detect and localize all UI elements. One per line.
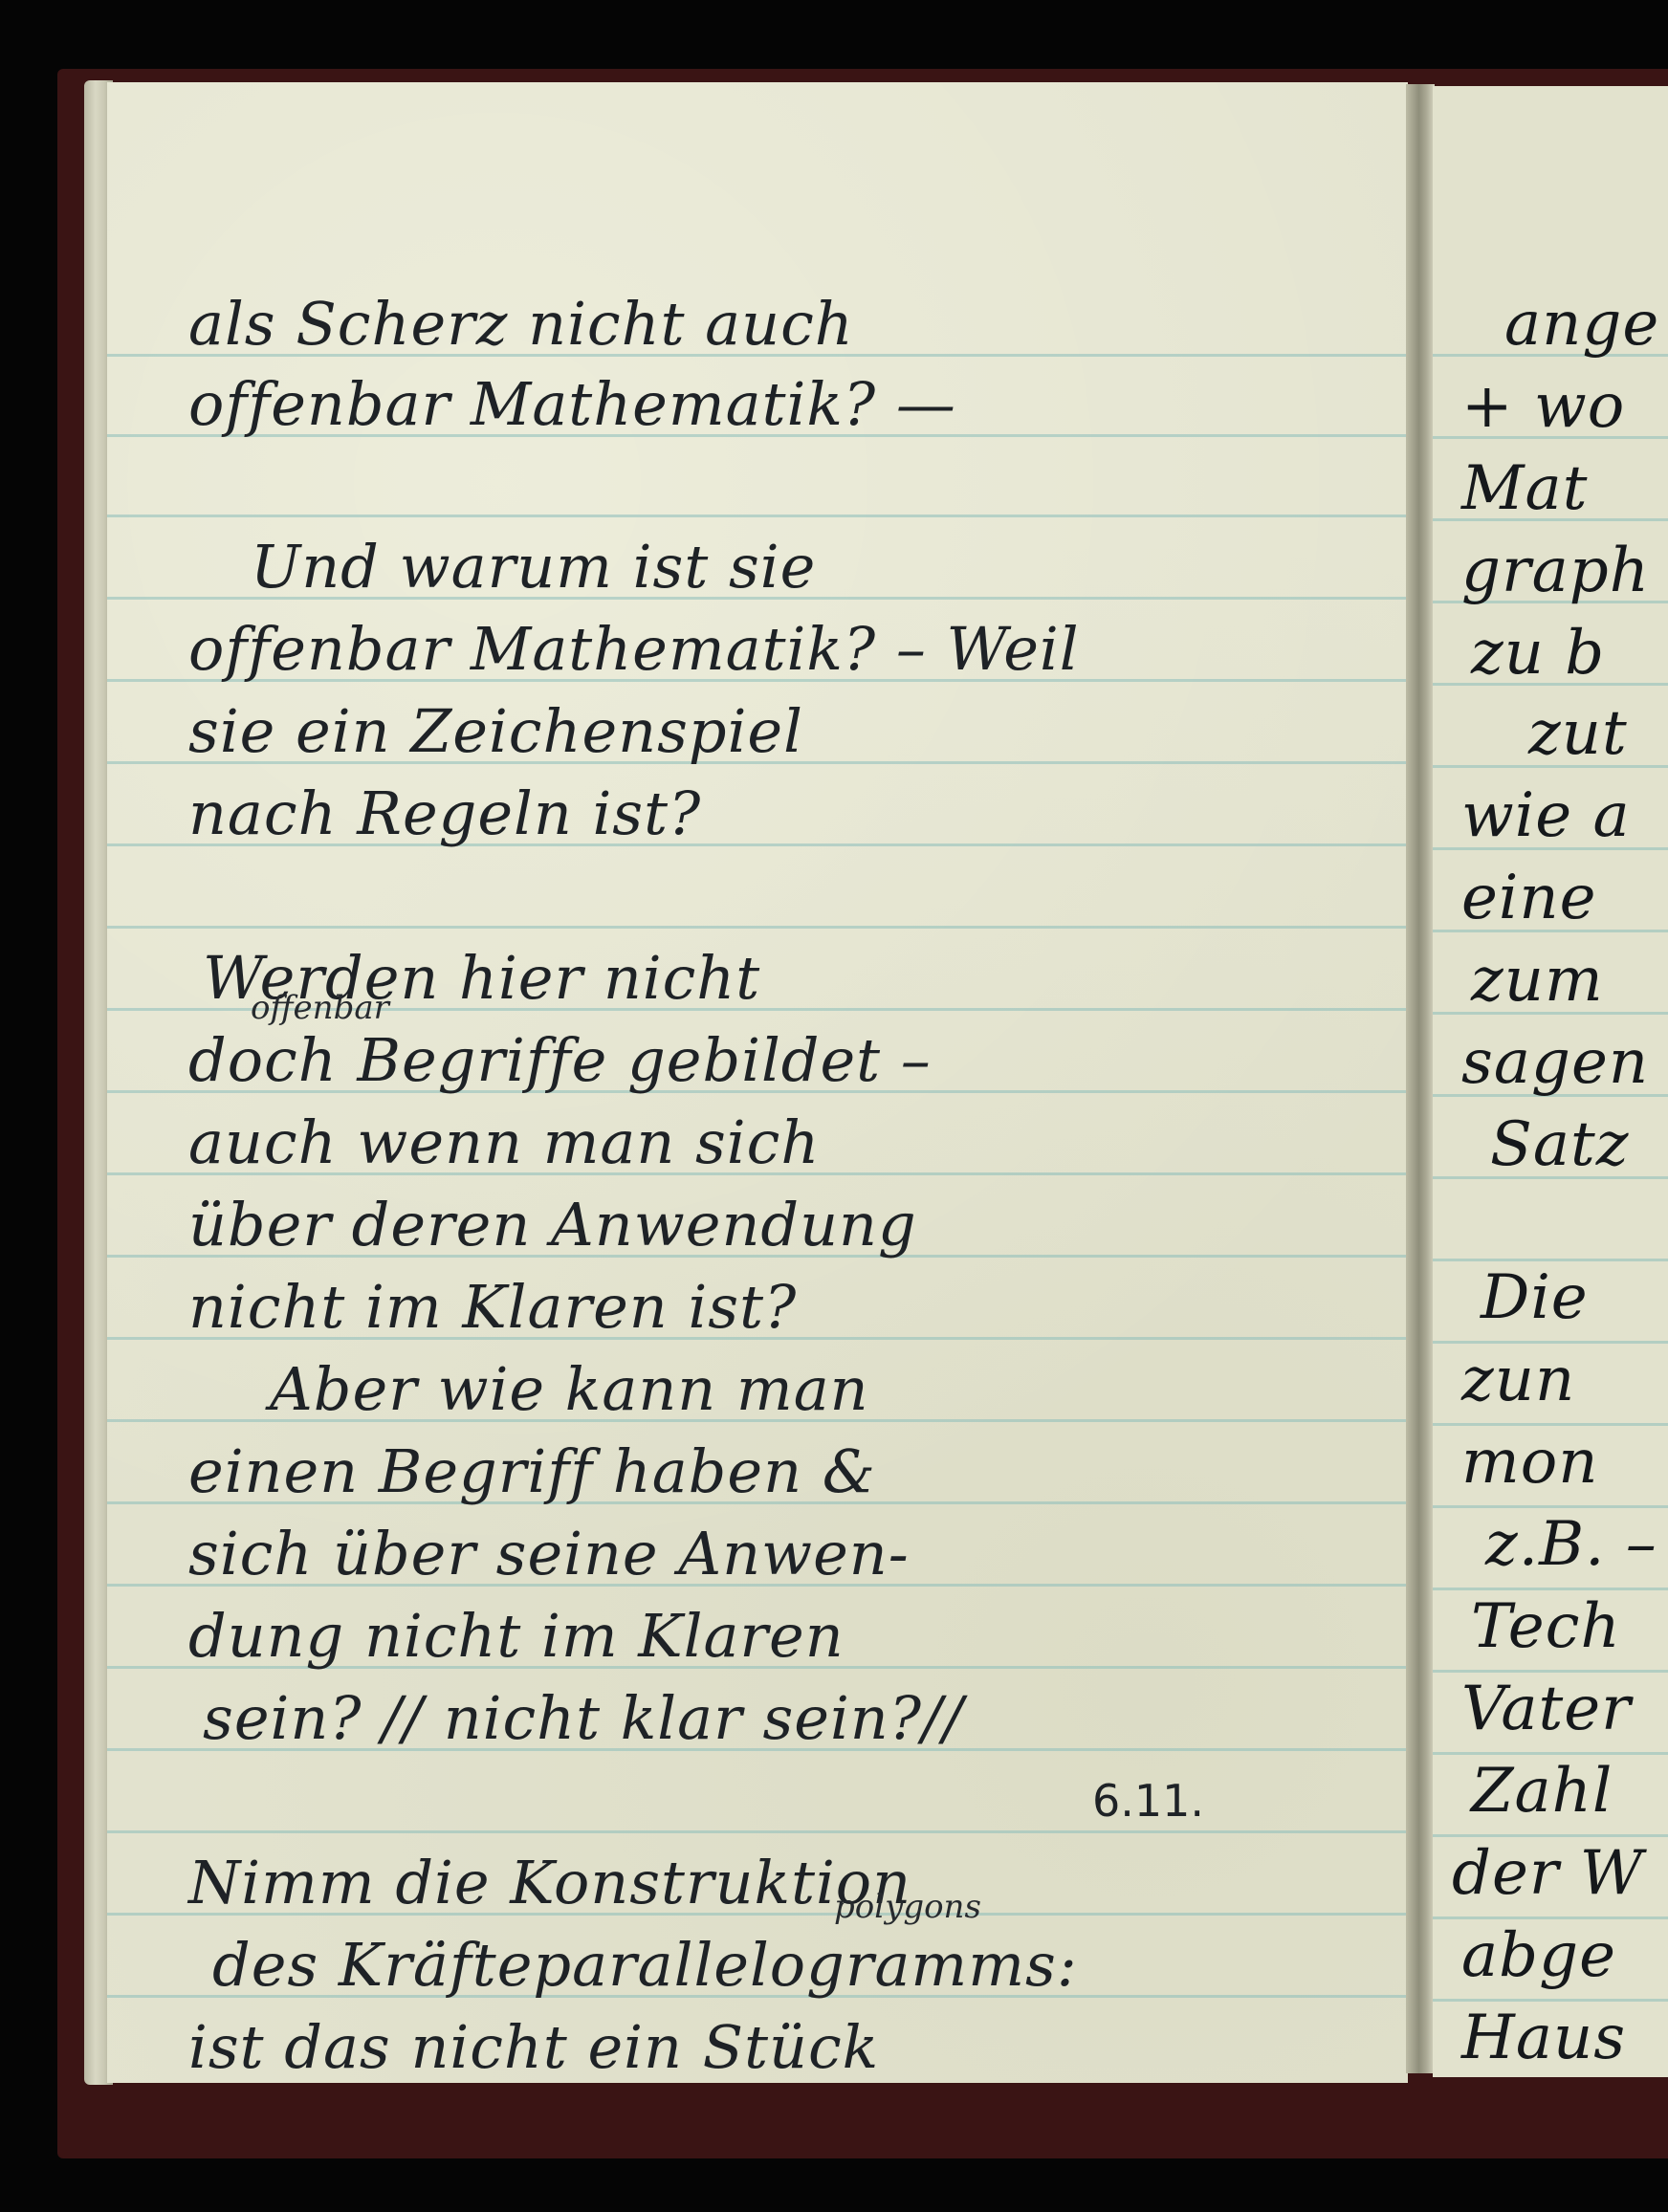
ruled-line xyxy=(107,1830,1408,1833)
insertion-polygons: polygons xyxy=(834,1888,981,1926)
handwritten-line: graph xyxy=(1461,536,1650,606)
handwritten-line: mon xyxy=(1461,1427,1598,1498)
handwritten-line: Aber wie kann man xyxy=(270,1354,869,1424)
ruled-line xyxy=(1433,1999,1668,2002)
handwritten-line: sich über seine Anwen- xyxy=(188,1519,910,1588)
ruled-line xyxy=(107,515,1408,517)
handwritten-line: sein? // nicht klar sein?// xyxy=(203,1683,964,1753)
handwritten-line: Zahl xyxy=(1471,1756,1613,1827)
handwritten-line: wie a xyxy=(1461,780,1631,851)
handwritten-line: zum xyxy=(1471,945,1604,1016)
handwritten-line: des Kräfteparallelogramms: xyxy=(212,1930,1078,2000)
handwritten-line: zun xyxy=(1461,1345,1575,1415)
handwritten-line: sagen xyxy=(1461,1027,1649,1098)
handwritten-line: doch Begriffe gebildet – xyxy=(188,1025,932,1095)
handwritten-line: ist das nicht ein Stück xyxy=(188,2012,879,2082)
ruled-line xyxy=(1433,1834,1668,1837)
ruled-line xyxy=(1433,1423,1668,1426)
ruled-line xyxy=(1433,1259,1668,1261)
ruled-line xyxy=(1433,1341,1668,1344)
spine-gutter xyxy=(1406,84,1435,2073)
handwritten-line: nach Regeln ist? xyxy=(188,778,701,848)
handwritten-line: ange xyxy=(1504,289,1659,360)
ruled-line xyxy=(1433,1752,1668,1755)
handwritten-line: nicht im Klaren ist? xyxy=(188,1272,797,1342)
handwritten-line: zut xyxy=(1528,698,1628,769)
handwritten-line: dung nicht im Klaren xyxy=(188,1601,845,1671)
ruled-line xyxy=(1433,1588,1668,1590)
handwritten-line: offenbar Mathematik? – Weil xyxy=(188,614,1080,684)
handwritten-line: z.B. – xyxy=(1485,1509,1657,1580)
handwritten-line: einen Begriff haben & xyxy=(188,1436,876,1506)
handwritten-line: Nimm die Konstruktion xyxy=(188,1848,911,1917)
ruled-line xyxy=(1433,1670,1668,1673)
insertion-offenbar: offenbar xyxy=(251,989,389,1027)
handwritten-line: Die xyxy=(1481,1262,1589,1333)
ruled-line xyxy=(1433,1916,1668,1919)
handwritten-line: Vater xyxy=(1461,1674,1632,1744)
handwritten-line: der W xyxy=(1452,1838,1644,1909)
left-page: als Scherz nicht auch offenbar Mathemati… xyxy=(107,82,1408,2083)
handwritten-line: Und warum ist sie xyxy=(251,532,816,602)
handwritten-line: abge xyxy=(1461,1920,1616,1991)
handwritten-line: Satz xyxy=(1490,1109,1629,1180)
handwritten-line: über deren Anwendung xyxy=(188,1190,917,1259)
handwritten-line: offenbar Mathematik? — xyxy=(188,369,956,439)
handwritten-line: Haus xyxy=(1461,2003,1626,2073)
handwritten-line: + wo xyxy=(1461,371,1625,442)
handwritten-line: auch wenn man sich xyxy=(188,1107,820,1177)
handwritten-line: Mat xyxy=(1461,453,1588,524)
handwritten-line: eine xyxy=(1461,863,1596,933)
handwritten-line: sie ein Zeichenspiel xyxy=(188,696,803,766)
entry-date: 6.11. xyxy=(1092,1775,1204,1827)
ruled-line xyxy=(107,926,1408,929)
right-page: ange + wo Mat graph zu b zut wie a eine … xyxy=(1433,86,1668,2077)
handwritten-line: zu b xyxy=(1471,618,1605,689)
handwritten-line: Tech xyxy=(1471,1591,1621,1662)
ruled-line xyxy=(1433,1505,1668,1508)
handwritten-line: als Scherz nicht auch xyxy=(188,289,854,359)
